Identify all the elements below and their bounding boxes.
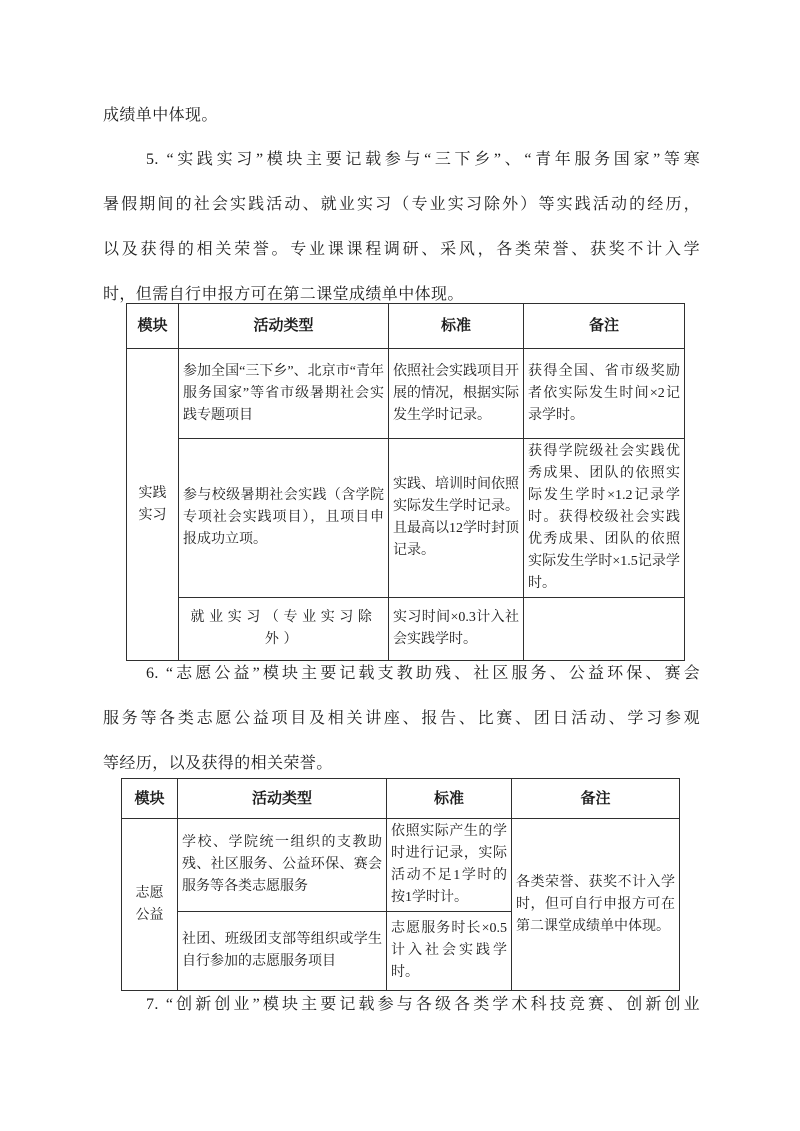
paragraph-line: 暑假期间的社会实践活动、就业实习（专业实习除外）等实践活动的经历， <box>103 182 700 227</box>
header-activity-type: 活动类型 <box>178 779 387 819</box>
header-module: 模块 <box>122 779 178 819</box>
activity-type-cell: 学校、学院统一组织的支教助残、社区服务、公益环保、赛会服务等各类志愿服务 <box>178 819 387 912</box>
standard-cell: 依照社会实践项目开展的情况，根据实际发生学时记录。 <box>389 349 524 439</box>
paragraph-line: 5. “实践实习”模块主要记载参与“三下乡”、“青年服务国家”等寒 <box>103 137 700 182</box>
paragraph-6: 6. “志愿公益”模块主要记载支教助残、社区服务、公益环保、赛会 服务等各类志愿… <box>103 651 700 786</box>
header-module: 模块 <box>127 304 179 349</box>
paragraph-line: 6. “志愿公益”模块主要记载支教助残、社区服务、公益环保、赛会 <box>103 651 700 696</box>
header-activity-type: 活动类型 <box>179 304 389 349</box>
document-page: 成绩单中体现。 5. “实践实习”模块主要记载参与“三下乡”、“青年服务国家”等… <box>0 0 800 1131</box>
remark-cell: 各类荣誉、获奖不计入学时，但可自行申报方可在第二课堂成绩单中体现。 <box>512 819 680 991</box>
header-remark: 备注 <box>524 304 685 349</box>
activity-type-text: 就业实习（专业实习除外） <box>189 607 379 651</box>
practice-internship-table: 模块 活动类型 标准 备注 实践 实习 参加全国“三下乡”、北京市“青年服务国家… <box>126 303 685 661</box>
paragraph-line: 以及获得的相关荣誉。专业课课程调研、采风，各类荣誉、获奖不计入学 <box>103 227 700 272</box>
module-cell: 实践 实习 <box>127 349 179 661</box>
activity-type-cell: 社团、班级团支部等组织或学生自行参加的志愿服务项目 <box>178 912 387 991</box>
paragraph-continuation: 成绩单中体现。 <box>103 93 700 138</box>
table-row: 志愿 公益 学校、学院统一组织的支教助残、社区服务、公益环保、赛会服务等各类志愿… <box>122 819 680 912</box>
table-header-row: 模块 活动类型 标准 备注 <box>127 304 685 349</box>
volunteer-table: 模块 活动类型 标准 备注 志愿 公益 学校、学院统一组织的支教助残、社区服务、… <box>121 778 680 991</box>
standard-cell: 依照实际产生的学时进行记录，实际活动不足1学时的按1学时计。 <box>387 819 512 912</box>
remark-cell: 获得全国、省市级奖励者依实际发生时间×2记录学时。 <box>524 349 685 439</box>
paragraph-line: 服务等各类志愿公益项目及相关讲座、报告、比赛、团日活动、学习参观 <box>103 696 700 741</box>
paragraph-line: 7. “创新创业”模块主要记载参与各级各类学术科技竞赛、创新创业 <box>103 982 700 1027</box>
header-standard: 标准 <box>389 304 524 349</box>
module-line: 公益 <box>126 905 173 927</box>
table-header-row: 模块 活动类型 标准 备注 <box>122 779 680 819</box>
activity-type-cell: 参加全国“三下乡”、北京市“青年服务国家”等省市级暑期社会实践专题项目 <box>179 349 389 439</box>
module-cell: 志愿 公益 <box>122 819 178 991</box>
header-remark: 备注 <box>512 779 680 819</box>
paragraph-7: 7. “创新创业”模块主要记载参与各级各类学术科技竞赛、创新创业 <box>103 982 700 1027</box>
module-line: 实践 <box>131 483 174 505</box>
activity-type-cell: 参与校级暑期社会实践（含学院专项社会实践项目），且项目申报成功立项。 <box>179 439 389 598</box>
module-line: 实习 <box>131 505 174 527</box>
header-standard: 标准 <box>387 779 512 819</box>
paragraph-line: 成绩单中体现。 <box>103 93 700 138</box>
table-row: 参与校级暑期社会实践（含学院专项社会实践项目），且项目申报成功立项。 实践、培训… <box>127 439 685 598</box>
table-row: 实践 实习 参加全国“三下乡”、北京市“青年服务国家”等省市级暑期社会实践专题项… <box>127 349 685 439</box>
standard-cell: 志愿服务时长×0.5计入社会实践学时。 <box>387 912 512 991</box>
paragraph-5: 5. “实践实习”模块主要记载参与“三下乡”、“青年服务国家”等寒 暑假期间的社… <box>103 137 700 317</box>
standard-cell: 实践、培训时间依照实际发生学时记录。且最高以12学时封顶记录。 <box>389 439 524 598</box>
remark-cell: 获得学院级社会实践优秀成果、团队的依照实际发生学时×1.2记录学时。获得校级社会… <box>524 439 685 598</box>
module-line: 志愿 <box>126 883 173 905</box>
